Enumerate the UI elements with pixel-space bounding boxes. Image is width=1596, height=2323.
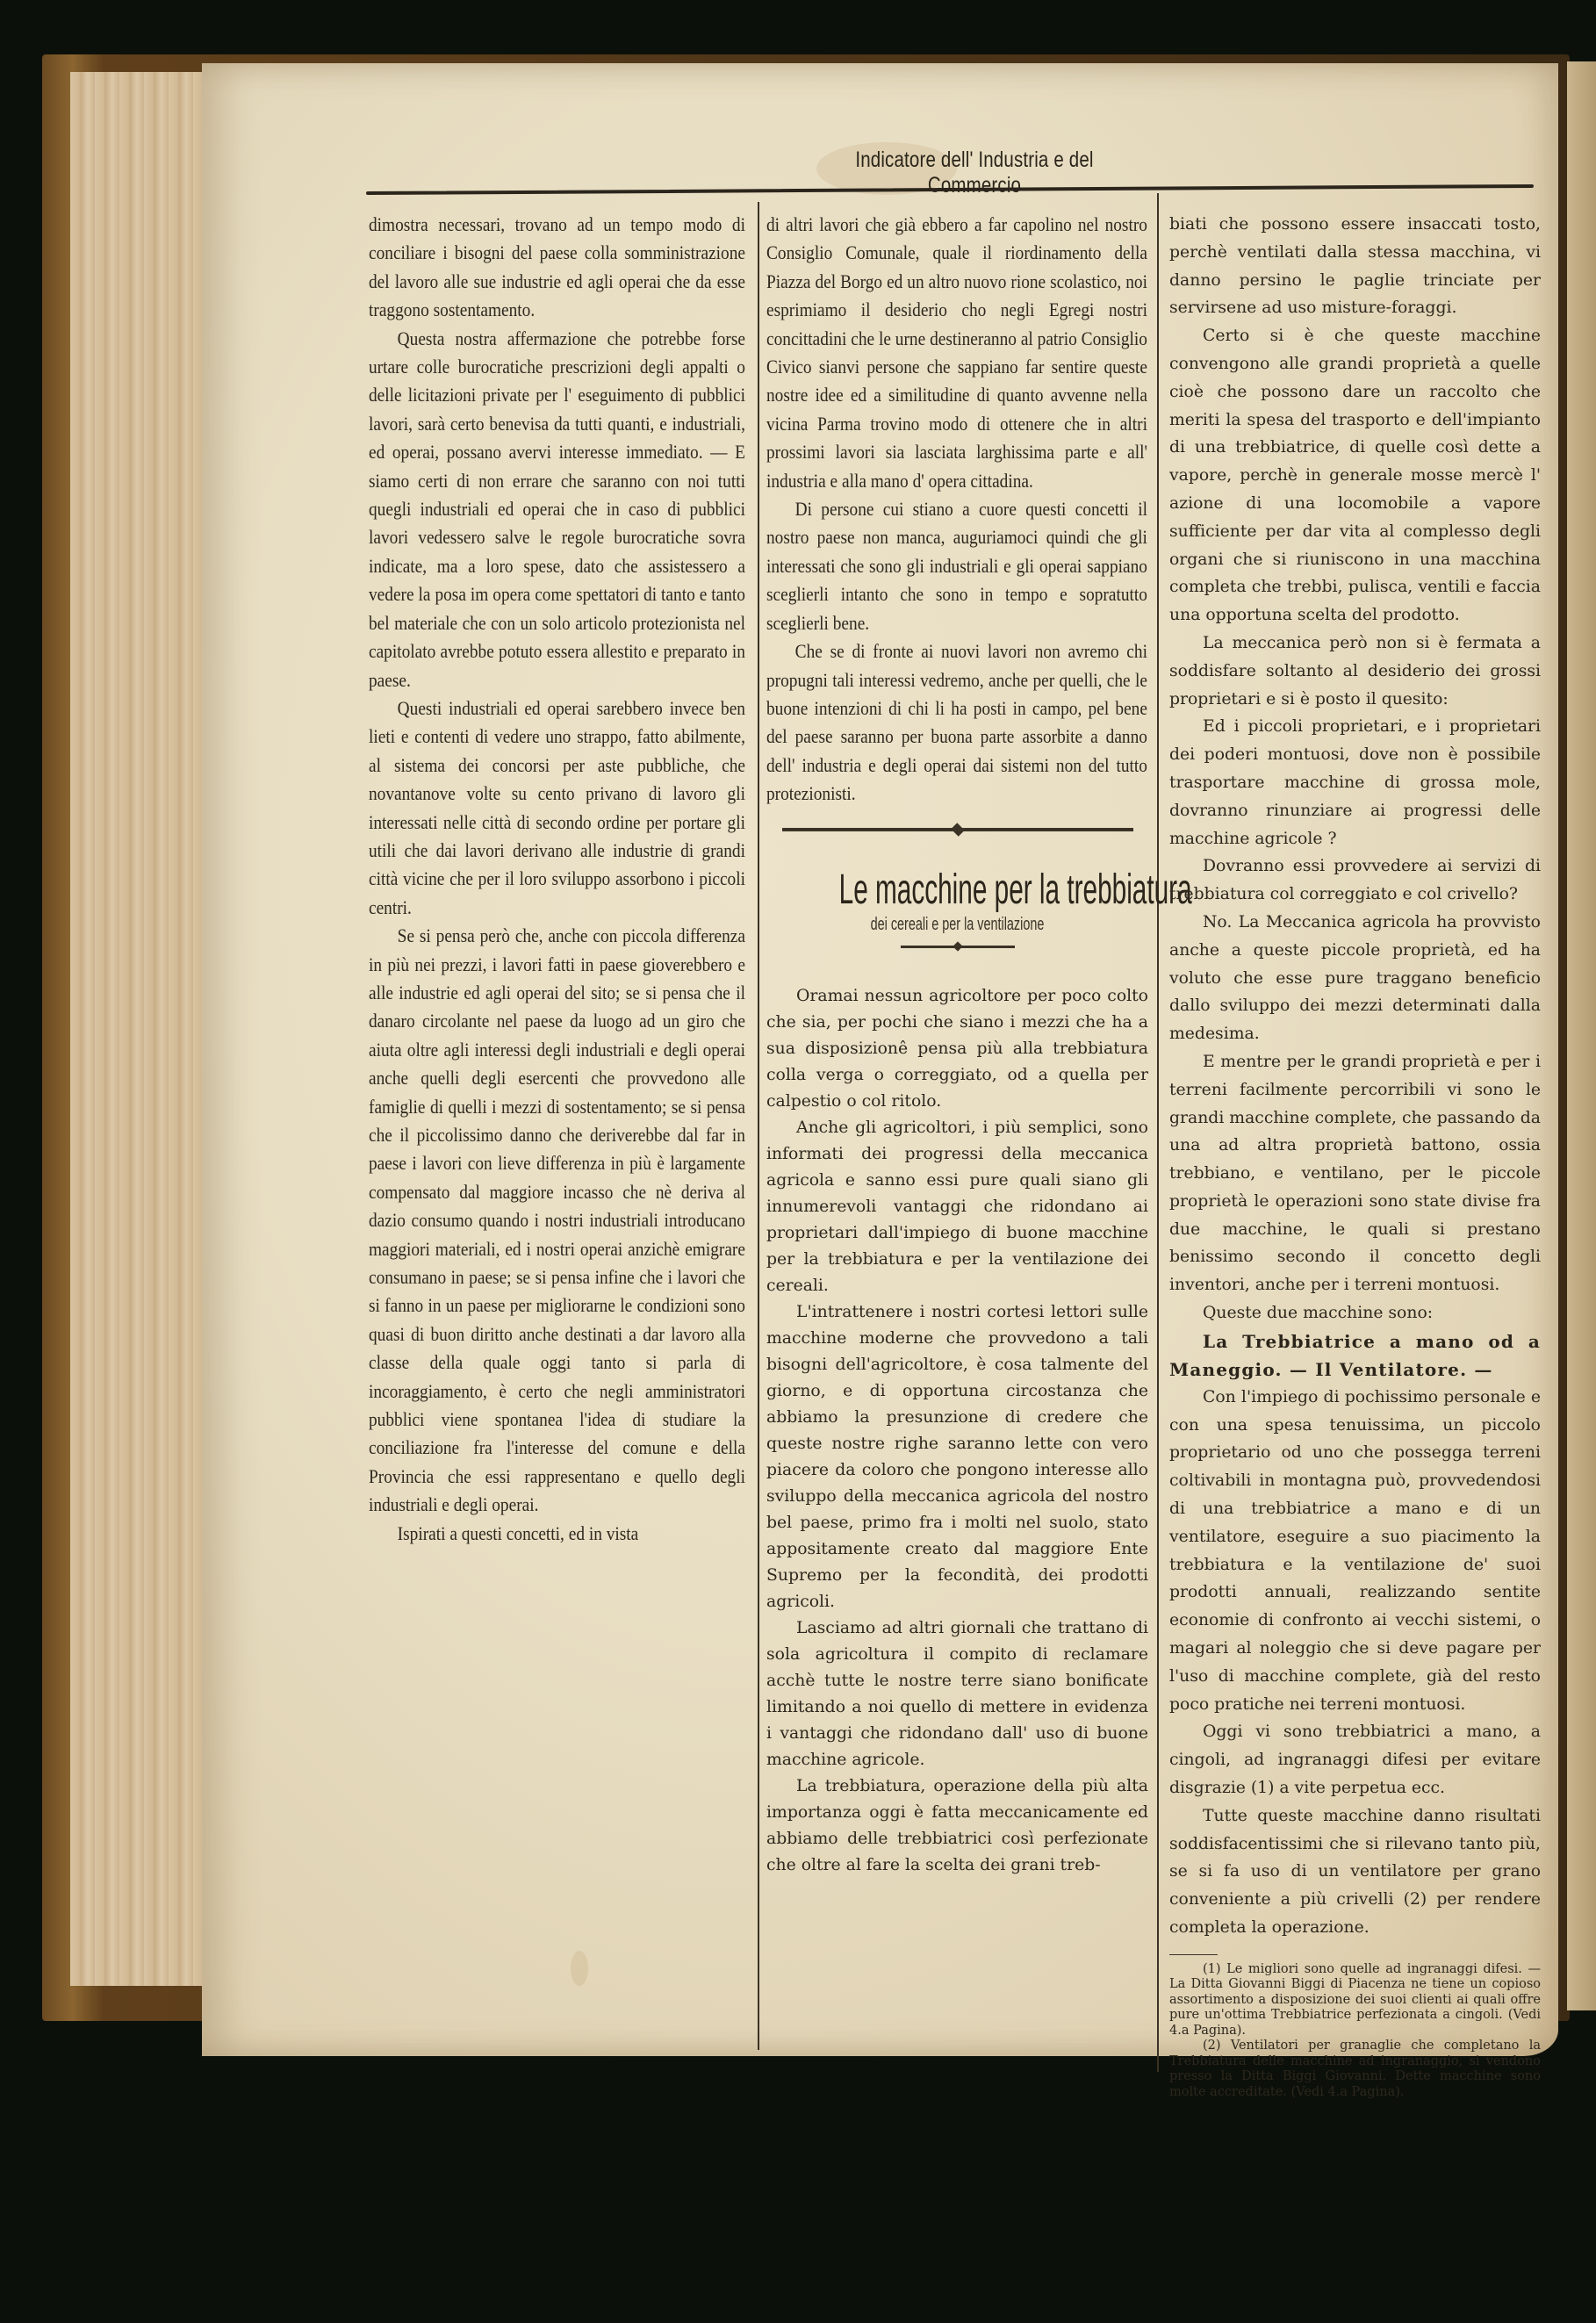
paragraph: Di persone cui stiano a cuore questi con… xyxy=(766,495,1147,637)
paragraph: Ed i piccoli proprietari, e i proprietar… xyxy=(1169,713,1541,852)
machine-heading: La Trebbiatrice a mano od a Maneggio. — … xyxy=(1169,1327,1541,1384)
paragraph: La meccanica però non si è fermata a sod… xyxy=(1169,629,1541,713)
paragraph: Certo si è che queste macchine convengon… xyxy=(1169,322,1541,629)
paragraph: Anche gli agricoltori, i più semplici, s… xyxy=(766,1115,1148,1299)
paragraph: E mentre per le grandi proprietà e per i… xyxy=(1169,1048,1541,1299)
paragraph: Lasciamo ad altri giornali che trattano … xyxy=(766,1615,1148,1773)
paragraph: La trebbiatura, operazione della più alt… xyxy=(766,1773,1148,1879)
paragraph: Ispirati a questi concetti, ed in vista xyxy=(369,1520,745,1548)
paragraph: Oggi vi sono trebbiatrici a mano, a cing… xyxy=(1169,1718,1541,1802)
paragraph: di altri lavori che già ebbero a far cap… xyxy=(766,211,1147,495)
paragraph: Queste due macchine sono: xyxy=(1169,1299,1541,1327)
paragraph: dimostra necessari, trovano ad un tempo … xyxy=(369,211,745,325)
paragraph: Con l'impiego di pochissimo personale e … xyxy=(1169,1384,1541,1719)
article-subtitle: dei cereali e per la ventilazione xyxy=(820,914,1095,935)
paragraph: Questa nostra affermazione che potrebbe … xyxy=(369,325,745,694)
paragraph: Che se di fronte ai nuovi lavori non avr… xyxy=(766,637,1147,808)
footnote-2: (2) Ventilatori per granaglie che comple… xyxy=(1169,2039,1541,2100)
paragraph: biati che possono essere insaccati tosto… xyxy=(1169,211,1541,322)
column-divider-2 xyxy=(1157,193,1159,2072)
paper-stain xyxy=(571,1951,588,1986)
footnote-rule xyxy=(1169,1954,1218,1955)
page-stack-edges xyxy=(70,72,212,1986)
paragraph: No. La Meccanica agricola ha provvisto a… xyxy=(1169,909,1541,1048)
paragraph: Dovranno essi provvedere ai servizi di t… xyxy=(1169,852,1541,909)
title-ornament xyxy=(901,946,1015,948)
paragraph: Oramai nessun agricoltore per poco colto… xyxy=(766,983,1148,1115)
paragraph: Tutte queste macchine danno risultati so… xyxy=(1169,1802,1541,1942)
facing-page-edge xyxy=(1567,61,1596,2010)
paragraph: Se si pensa però che, anche con piccola … xyxy=(369,922,745,1520)
column-divider-1 xyxy=(758,202,759,2050)
article-body: Oramai nessun agricoltore per poco colto… xyxy=(766,983,1148,1879)
paragraph: L'intrattenere i nostri cortesi lettori … xyxy=(766,1299,1148,1615)
column-2: di altri lavori che già ebbero a far cap… xyxy=(766,211,1148,1879)
section-ornament-divider xyxy=(782,828,1133,831)
footnote-1: (1) Le migliori sono quelle ad ingranagg… xyxy=(1169,1962,1541,2039)
paragraph: Questi industriali ed operai sarebbero i… xyxy=(369,694,745,922)
article-title: Le macchine per la trebbiatura xyxy=(839,867,1076,914)
column-1: dimostra necessari, trovano ad un tempo … xyxy=(369,211,746,1548)
column-3: biati che possono essere insaccati tosto… xyxy=(1169,211,1541,2100)
